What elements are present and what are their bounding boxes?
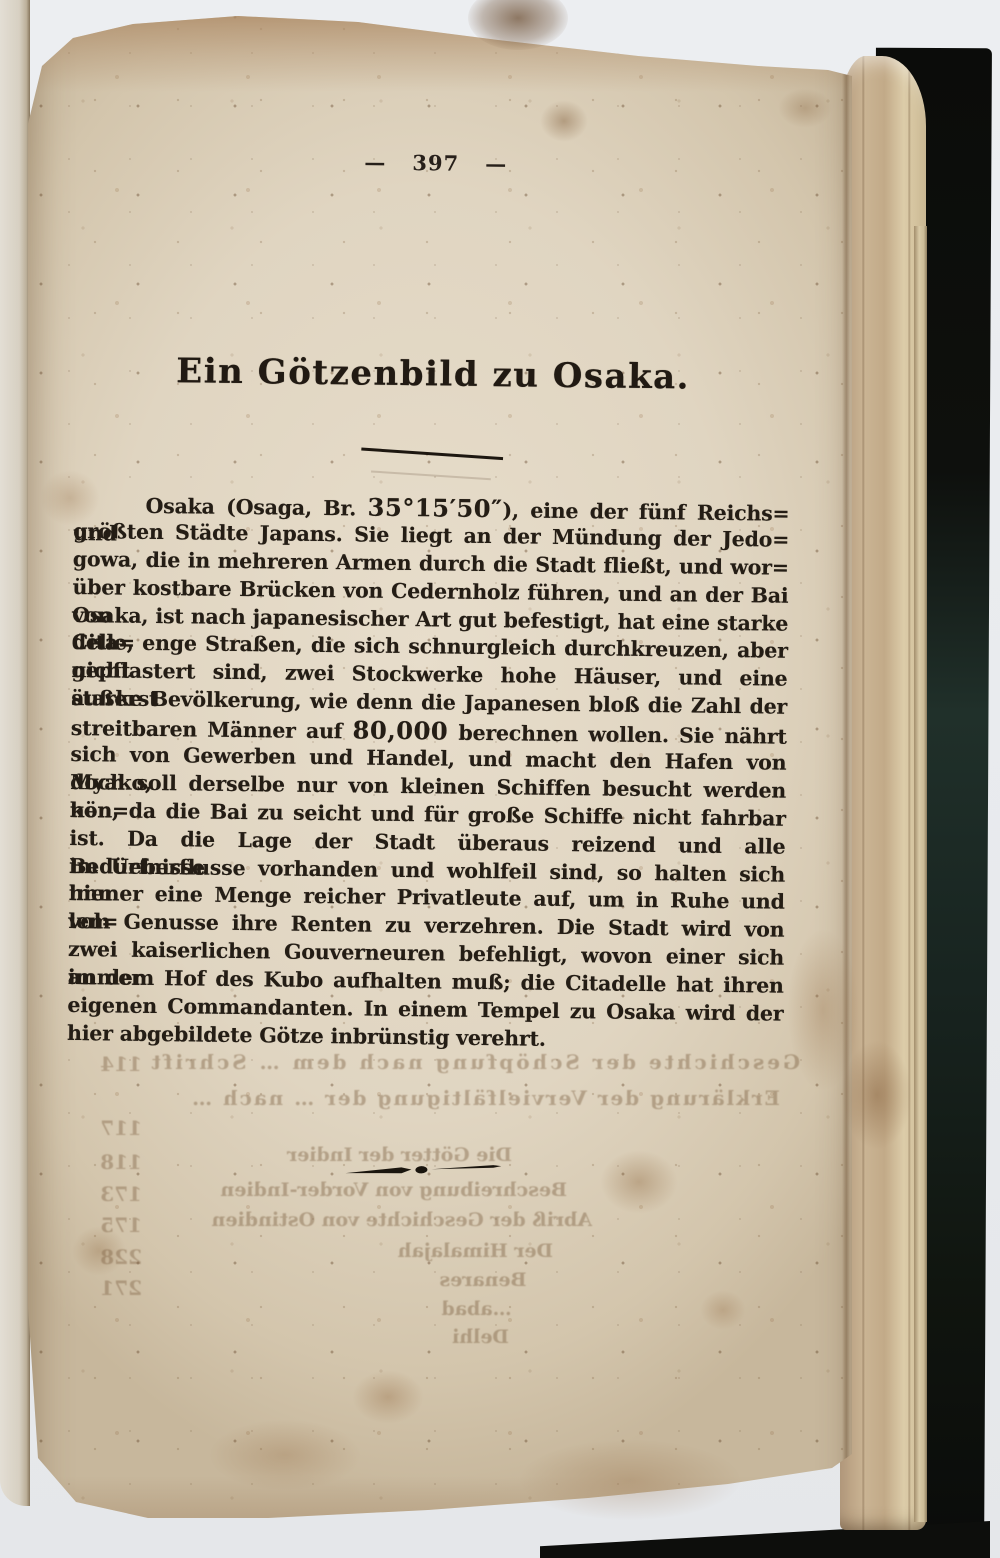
- verso-showthrough-pagenum: 271: [96, 1276, 142, 1300]
- endpaper-edge: [914, 226, 927, 1522]
- page-number-value: 397: [412, 150, 459, 176]
- page-number: —397—: [78, 146, 794, 180]
- verso-showthrough-line: …abad: [424, 1298, 529, 1320]
- dash-left: —: [364, 150, 386, 175]
- facing-page-edge: [0, 0, 30, 1506]
- verso-showthrough-pagenum: 228: [96, 1245, 142, 1269]
- swelled-rule: [345, 1162, 501, 1179]
- title-rule-echo: [371, 470, 491, 480]
- body-paragraph: Osaka (Osaga, Br. 35°15′50″), eine der f…: [67, 490, 790, 1057]
- book-photo: { "page": { "dash": "—", "number": "397"…: [0, 0, 1000, 1558]
- verso-showthrough-line: Benares: [433, 1269, 533, 1291]
- page-crease: [842, 70, 850, 1470]
- page-title: Ein Götzenbild zu Osaka.: [75, 350, 791, 399]
- title-rule: [361, 448, 503, 461]
- dash-right: —: [485, 151, 507, 176]
- page-content: —397— Ein Götzenbild zu Osaka. Osaka (Os…: [65, 140, 794, 1249]
- verso-showthrough-line: Delhi: [443, 1326, 518, 1348]
